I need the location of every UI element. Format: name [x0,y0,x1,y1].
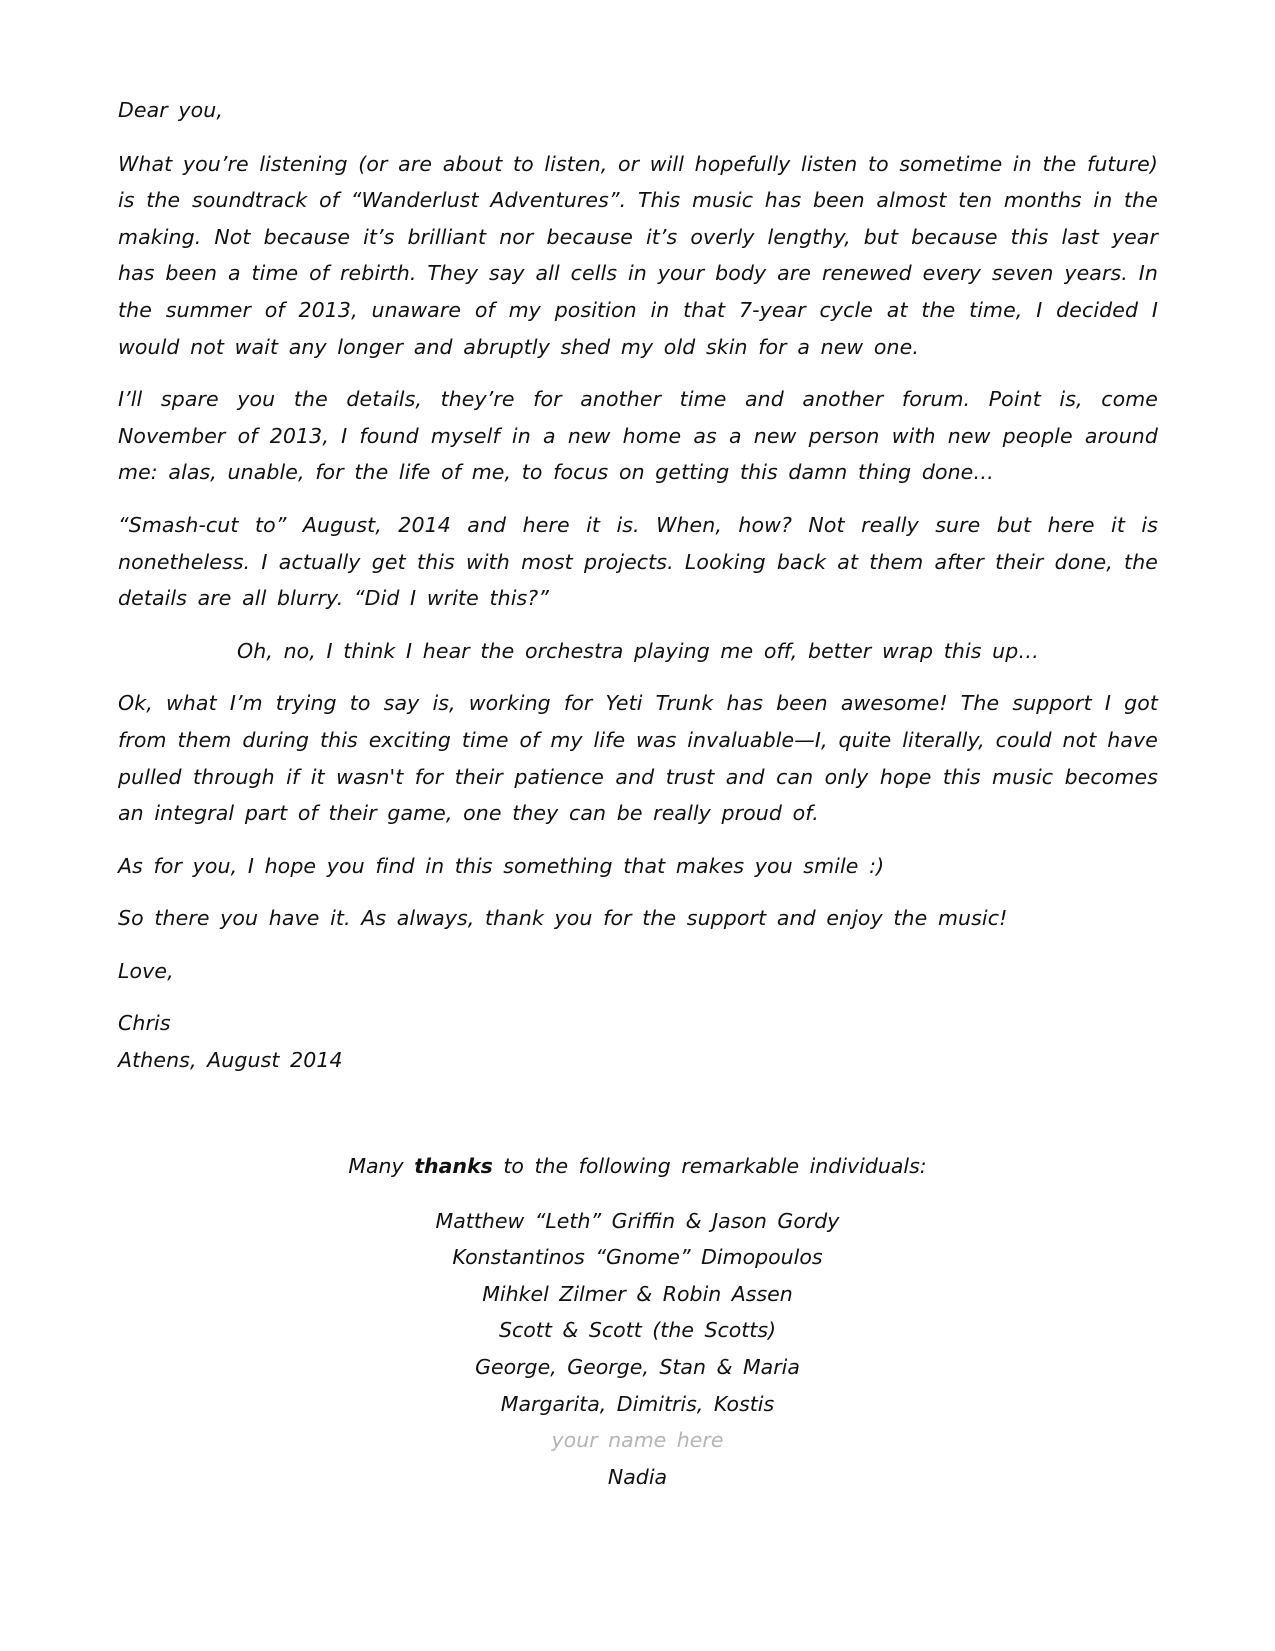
signature-block: Chris Athens, August 2014 [118,1005,1158,1078]
letter: Dear you, What you’re listening (or are … [118,92,1158,1079]
paragraph-intro: What you’re listening (or are about to l… [118,146,1158,366]
thanks-names-list: Matthew “Leth” Griffin & Jason Gordy Kon… [0,1203,1275,1496]
thanks-name: Konstantinos “Gnome” Dimopoulos [0,1239,1275,1276]
thanks-name: Matthew “Leth” Griffin & Jason Gordy [0,1203,1275,1240]
paragraph-smash-cut: “Smash-cut to” August, 2014 and here it … [118,507,1158,617]
thanks-heading-before: Many [348,1154,414,1178]
paragraph-yeti-trunk: Ok, what I’m trying to say is, working f… [118,685,1158,831]
thanks-name: George, George, Stan & Maria [0,1349,1275,1386]
paragraph-wrap-up: So there you have it. As always, thank y… [118,900,1158,937]
closing: Love, [118,953,1158,990]
thanks-heading-bold: thanks [414,1154,493,1178]
greeting: Dear you, [118,92,1158,129]
place-date: Athens, August 2014 [118,1042,1158,1079]
thanks-name-last: Nadia [0,1459,1275,1496]
thanks-name: Scott & Scott (the Scotts) [0,1312,1275,1349]
paragraph-smile: As for you, I hope you find in this some… [118,848,1158,885]
signature: Chris [118,1005,1158,1042]
thanks-heading: Many thanks to the following remarkable … [0,1148,1275,1185]
aside-orchestra: Oh, no, I think I hear the orchestra pla… [118,633,1158,670]
paragraph-details: I’ll spare you the details, they’re for … [118,381,1158,491]
thanks-section: Many thanks to the following remarkable … [0,1148,1275,1495]
thanks-name: Mihkel Zilmer & Robin Assen [0,1276,1275,1313]
thanks-heading-after: to the following remarkable individuals: [493,1154,927,1178]
thanks-name: Margarita, Dimitris, Kostis [0,1386,1275,1423]
thanks-name-placeholder: your name here [0,1422,1275,1459]
